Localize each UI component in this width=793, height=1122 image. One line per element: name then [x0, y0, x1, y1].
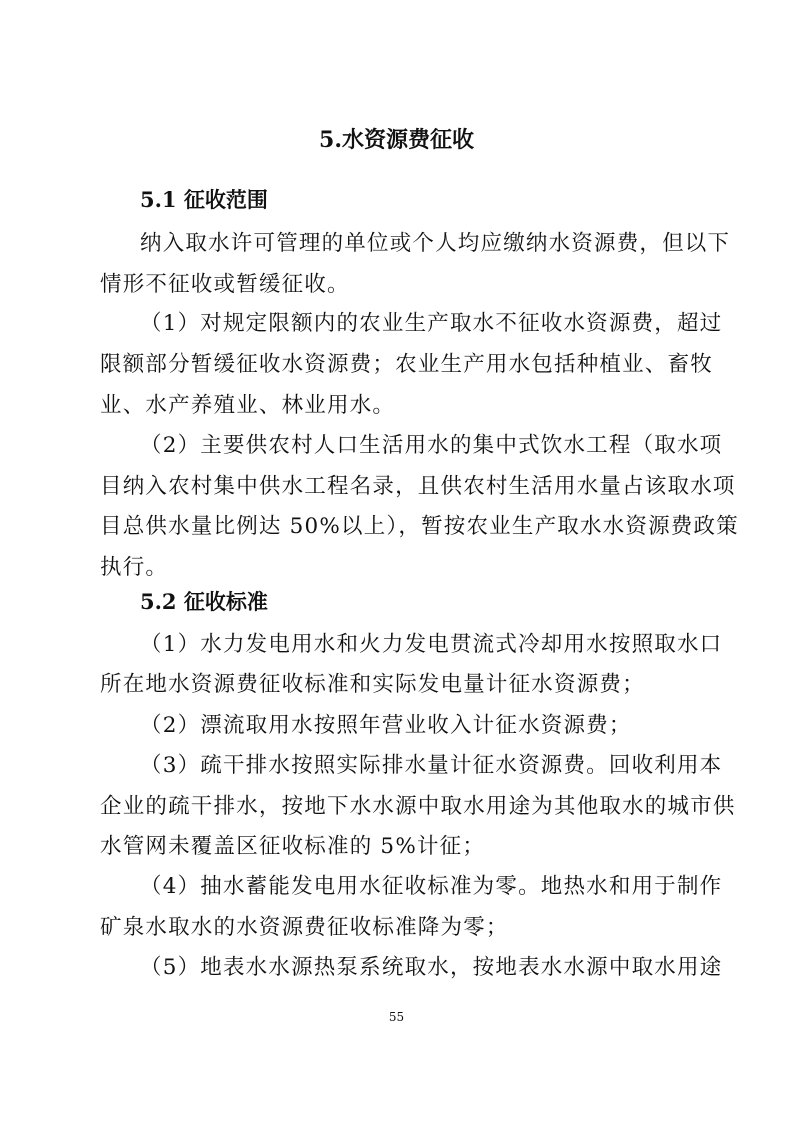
page-title: 5.水资源费征收: [0, 123, 793, 154]
section-heading-5-1: 5.1 征收范围: [140, 184, 268, 214]
paragraph-line: 业、水产养殖业、林业用水。: [100, 388, 395, 419]
paragraph-line: （1）水力发电用水和火力发电贯流式冷却用水按照取水口: [140, 627, 722, 658]
paragraph-line: 执行。: [100, 550, 168, 581]
paragraph-line: 情形不征收或暂缓征收。: [100, 267, 350, 298]
paragraph-line: （4）抽水蓄能发电用水征收标准为零。地热水和用于制作: [140, 869, 722, 900]
paragraph-line: 所在地水资源费征收标准和实际发电量计征水资源费；: [100, 667, 645, 698]
page-number: 55: [0, 1010, 793, 1024]
paragraph-line: 目总供水量比例达 50%以上），暂按农业生产取水水资源费政策: [100, 509, 739, 540]
paragraph-line: 目纳入农村集中供水工程名录，且供农村生活用水量占该取水项: [100, 469, 736, 500]
paragraph-line: 水管网未覆盖区征收标准的 5%计征；: [100, 829, 485, 860]
paragraph-line: （2）主要供农村人口生活用水的集中式饮水工程（取水项: [140, 428, 722, 459]
paragraph-line: 纳入取水许可管理的单位或个人均应缴纳水资源费，但以下: [140, 226, 730, 257]
paragraph-line: 矿泉水取水的水资源费征收标准降为零；: [100, 910, 509, 941]
paragraph-line: （1）对规定限额内的农业生产取水不征收水资源费，超过: [140, 306, 722, 337]
paragraph-line: 企业的疏干排水，按地下水水源中取水用途为其他取水的城市供: [100, 789, 736, 820]
paragraph-line: 限额部分暂缓征收水资源费；农业生产用水包括种植业、畜牧: [100, 347, 713, 378]
document-page: 5.水资源费征收 5.1 征收范围 纳入取水许可管理的单位或个人均应缴纳水资源费…: [0, 0, 793, 1122]
section-heading-5-2: 5.2 征收标准: [140, 586, 268, 616]
paragraph-line: （2）漂流取用水按照年营业收入计征水资源费；: [140, 708, 632, 739]
paragraph-line: （3）疏干排水按照实际排水量计征水资源费。回收利用本: [140, 748, 722, 779]
paragraph-line: （5）地表水水源热泵系统取水，按地表水水源中取水用途: [140, 950, 722, 981]
